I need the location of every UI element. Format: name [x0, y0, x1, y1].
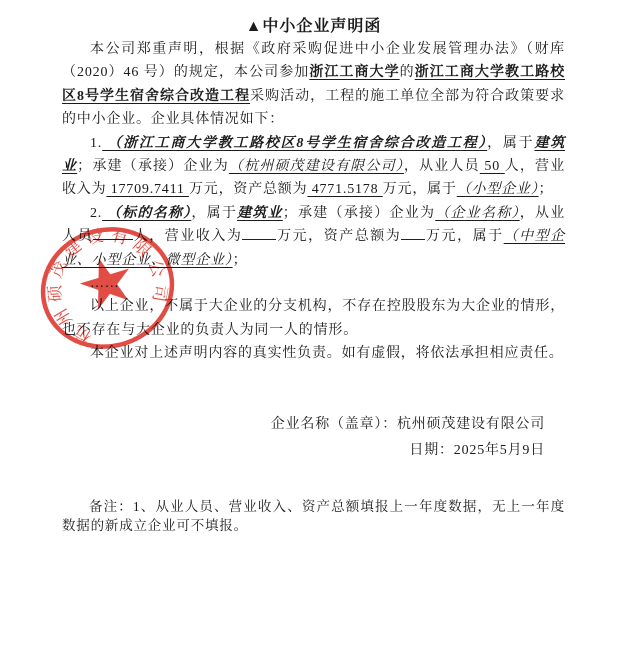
item2-text: ；承建（承接）企业为 [283, 206, 435, 221]
item2-industry: 建筑业 [237, 206, 283, 221]
item1-text: 万元，属于 [383, 182, 457, 197]
item2-text: 人，营业收入为 [133, 229, 242, 244]
item1-text: ；承建（承接）企业为 [77, 159, 229, 174]
item1-assets-value: 4771.5178 [307, 182, 382, 197]
item1-project-name: （浙江工商大学教工路校区8号学生宿舍综合改造工程） [102, 136, 487, 151]
blank-field-employees [93, 226, 133, 240]
intro-connector: 的 [400, 65, 415, 80]
intro-paragraph: 本公司郑重声明，根据《政府采购促进中小企业发展管理办法》（财库（2020）46 … [62, 38, 565, 132]
declaration-document: ▲中小企业声明函 本公司郑重声明，根据《政府采购促进中小企业发展管理办法》（财库… [0, 0, 628, 650]
item1-number: 1. [90, 136, 102, 151]
blank-field-revenue [242, 226, 276, 240]
item1-text: ，从业人员 [404, 159, 480, 174]
item2-text: ，属于 [191, 206, 237, 221]
purchaser-name: 浙江工商大学 [309, 65, 399, 80]
item1-company-name: （杭州硕茂建设有限公司） [229, 159, 404, 174]
item2-company-placeholder: （企业名称） [435, 206, 519, 221]
enterprise-item-2: 2. （标的名称），属于建筑业；承建（承接）企业为（企业名称），从业人员人，营业… [62, 202, 565, 272]
item1-employee-count: 50 [480, 159, 505, 174]
company-seal-line: 企业名称（盖章）：杭州硕茂建设有限公司 [62, 412, 545, 438]
item1-text: ，属于 [487, 136, 534, 151]
enterprise-item-1: 1. （浙江工商大学教工路校区8号学生宿舍综合改造工程），属于建筑业；承建（承接… [62, 132, 565, 202]
item1-enterprise-size: （小型企业） [457, 182, 539, 197]
item2-text: ； [233, 253, 248, 268]
item2-subject-placeholder: （标的名称） [102, 206, 191, 221]
item2-text: 万元，资产总额为 [276, 229, 401, 244]
item2-number: 2. [90, 206, 102, 221]
responsibility-paragraph: 本企业对上述声明内容的真实性负责。如有虚假，将依法承担相应责任。 [62, 342, 565, 365]
ellipsis-line: …… [62, 272, 565, 295]
item1-text: ； [539, 182, 554, 197]
signature-block: 企业名称（盖章）：杭州硕茂建设有限公司 日期：2025年5月9日 [62, 412, 565, 464]
item1-revenue-value: 17709.7411 [106, 182, 189, 197]
remarks-note: 备注：1、从业人员、营业收入、资产总额填报上一年度数据，无上一年度数据的新成立企… [62, 497, 565, 536]
item2-text: 万元，属于 [425, 229, 503, 244]
blank-field-assets [401, 226, 425, 240]
item1-text: 万元，资产总额为 [189, 182, 307, 197]
date-line: 日期：2025年5月9日 [62, 438, 545, 464]
declaration-paragraph: 以上企业，不属于大企业的分支机构，不存在控股股东为大企业的情形，也不存在与大企业… [62, 295, 565, 342]
page-title: ▲中小企业声明函 [62, 0, 565, 38]
